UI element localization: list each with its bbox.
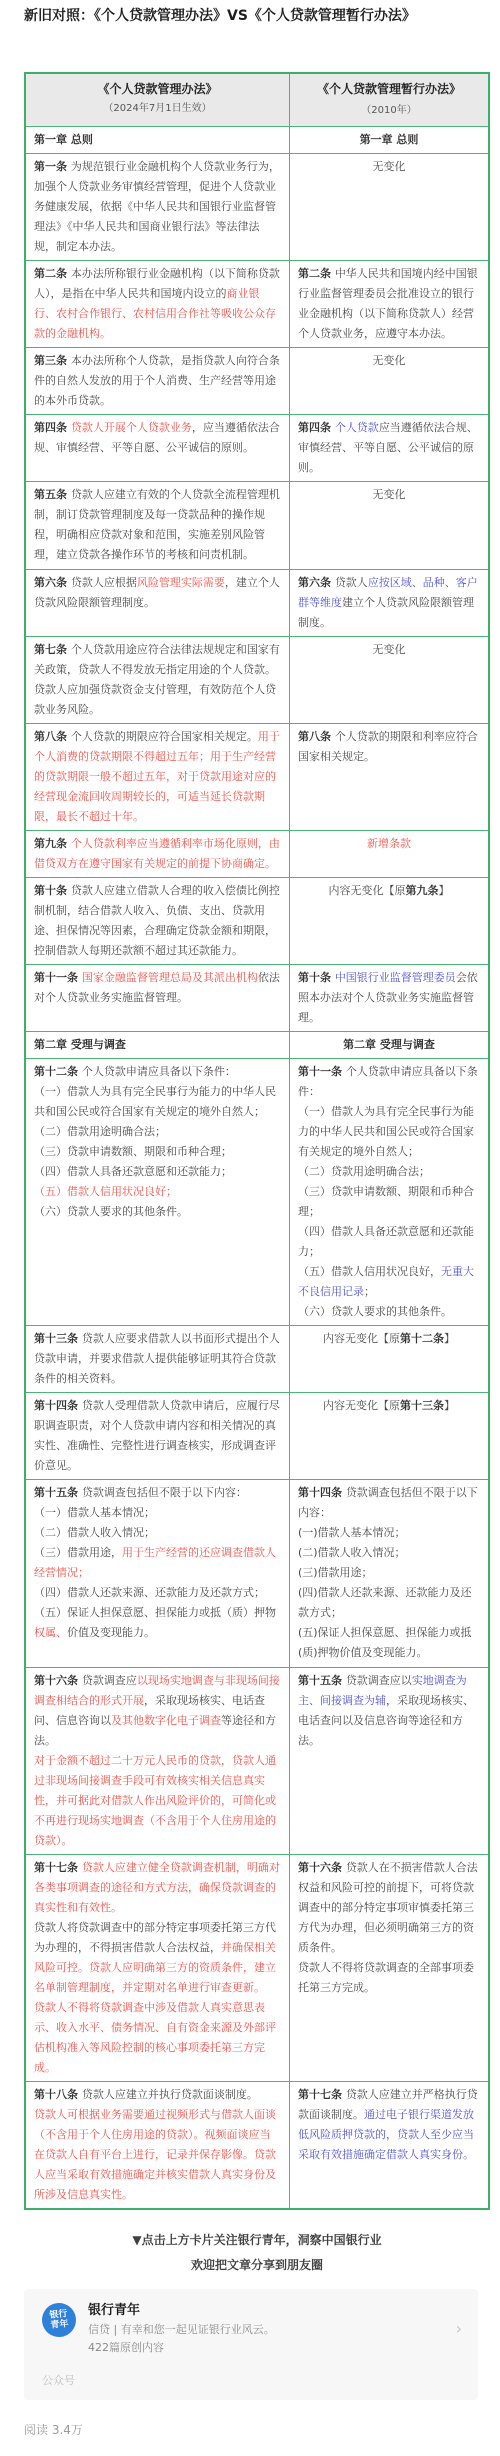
- old-law-cell: 无变化: [289, 154, 489, 261]
- new-law-cell: 第七条 个人贷款用途应符合法律法规规定和国家有关政策，贷款人不得发放无指定用途的…: [25, 637, 289, 724]
- new-law-cell: 第九条 个人贷款利率应当遵循利率市场化原则，由借贷双方在遵守国家有关规定的前提下…: [25, 831, 289, 878]
- article-row: 第十六条 贷款调查应以现场实地调查与非现场间接调查相结合的形式开展，采取现场核实…: [25, 1668, 489, 1855]
- paragraph: （二）借款人收入情况；: [34, 1523, 281, 1543]
- paragraph: （一）借款人为具有完全民事行为能力的中华人民共和国公民或符合国家有关规定的境外自…: [298, 1102, 480, 1162]
- paragraph: 内容无变化【原第九条】: [298, 881, 480, 901]
- article-row: 第六条 贷款人应根据风险管理实际需要，建立个人贷款风险限额管理制度。第六条 贷款…: [25, 570, 489, 637]
- new-law-cell: 第十二条 个人贷款申请应具备以下条件：（一）借款人为具有完全民事行为能力的中华人…: [25, 1059, 289, 1326]
- article-row: 第七条 个人贷款用途应符合法律法规规定和国家有关政策，贷款人不得发放无指定用途的…: [25, 637, 489, 724]
- new-law-cell: 第十四条 贷款人受理借款人贷款申请后，应履行尽职调查职责，对个人贷款申请内容和相…: [25, 1393, 289, 1480]
- paragraph: 无变化: [298, 157, 480, 177]
- paragraph: 第十五条 贷款调查包括但不限于以下内容：: [34, 1483, 281, 1503]
- paragraph: (二)借款人收入情况；: [298, 1543, 480, 1563]
- paragraph: （六）贷款人要求的其他条件。: [298, 1302, 480, 1322]
- article-row: 第九条 个人贷款利率应当遵循利率市场化原则，由借贷双方在遵守国家有关规定的前提下…: [25, 831, 489, 878]
- read-count: 阅读 3.4万: [24, 2421, 490, 2438]
- paragraph: 第九条 个人贷款利率应当遵循利率市场化原则，由借贷双方在遵守国家有关规定的前提下…: [34, 834, 281, 874]
- paragraph: 第二条 中华人民共和国境内经中国银行业监督管理委员会批准设立的银行业金融机构（以…: [298, 264, 480, 344]
- paragraph: （一）借款人基本情况；: [34, 1503, 281, 1523]
- new-law-cell: 第十八条 贷款人应建立并执行贷款面谈制度。贷款人可根据业务需要通过视频形式与借款…: [25, 2082, 289, 2210]
- paragraph: （三）贷款申请数额、期限和币种合理；: [34, 1142, 281, 1162]
- article-body: 新旧对照：《个人贷款管理办法》VS《个人贷款管理暂行办法》 《个人贷款管理办法》…: [0, 0, 500, 2456]
- paragraph: 第十三条 贷款人应要求借款人以书面形式提出个人贷款申请，并要求借款人提供能够证明…: [34, 1329, 281, 1389]
- new-law-cell: 第六条 贷款人应根据风险管理实际需要，建立个人贷款风险限额管理制度。: [25, 570, 289, 637]
- new-law-cell: 第四条 贷款人开展个人贷款业务，应当遵循依法合规、审慎经营、平等自愿、公平诚信的…: [25, 415, 289, 482]
- chapter-cell-new-law: 第一章 总则: [25, 127, 289, 154]
- paragraph: 第十七条 贷款人应建立健全贷款调查机制，明确对各类事项调查的途径和方式方法，确保…: [34, 1858, 281, 1918]
- paragraph: 第二条 本办法所称银行业金融机构（以下简称贷款人），是指在中华人民共和国境内设立…: [34, 264, 281, 344]
- official-account-card[interactable]: 银行 青年 银行青年 信贷 | 有幸和您一起见证银行业风云。 422篇原创内容 …: [24, 2289, 478, 2400]
- article-row: 第十八条 贷款人应建立并执行贷款面谈制度。贷款人可根据业务需要通过视频形式与借款…: [25, 2082, 489, 2210]
- paragraph: （二）借款用途明确合法；: [34, 1122, 281, 1142]
- chapter-row: 第一章 总则第一章 总则: [25, 127, 489, 154]
- paragraph: 第十八条 贷款人应建立并执行贷款面谈制度。: [34, 2085, 281, 2105]
- old-law-cell: 内容无变化【原第九条】: [289, 878, 489, 965]
- header-cell-new-law: 《个人贷款管理办法》 （2024年7月1日生效）: [25, 73, 289, 127]
- avatar-text-line2: 青年: [50, 2319, 69, 2331]
- old-law-title: 《个人贷款管理暂行办法》: [317, 82, 461, 96]
- old-law-cell: 内容无变化【原第十二条】: [289, 1326, 489, 1393]
- header-cell-old-law: 《个人贷款管理暂行办法》（2010年）: [289, 73, 489, 127]
- old-law-year: （2010年）: [361, 105, 416, 116]
- paragraph: （六）贷款人要求的其他条件。: [34, 1202, 281, 1222]
- paragraph: 内容无变化【原第十三条】: [298, 1396, 480, 1416]
- paragraph: (四)借款人还款来源、还款能力及还款方式；: [298, 1583, 480, 1623]
- paragraph: 无变化: [298, 640, 480, 660]
- paragraph: 第四条 个人贷款应当遵循依法合规、审慎经营、平等自愿、公平诚信的原则。: [298, 418, 480, 478]
- paragraph: 无变化: [298, 351, 480, 371]
- old-law-cell: 无变化: [289, 482, 489, 570]
- paragraph: 贷款人将贷款调查中的部分特定事项委托第三方代为办理的，不得损害借款人合法权益，并…: [34, 1918, 281, 1998]
- paragraph: （一）借款人为具有完全民事行为能力的中华人民共和国公民或符合国家有关规定的境外自…: [34, 1082, 281, 1122]
- article-row: 第八条 个人贷款的期限应符合国家相关规定。用于个人消费的贷款期限不得超过五年；用…: [25, 724, 489, 831]
- paragraph: 第十六条 贷款调查应以现场实地调查与非现场间接调查相结合的形式开展，采取现场核实…: [34, 1671, 281, 1751]
- old-law-cell: 无变化: [289, 348, 489, 415]
- new-law-title: 《个人贷款管理办法》: [30, 79, 285, 99]
- paragraph: （五）借款人信用状况良好；: [34, 1182, 281, 1202]
- old-law-cell: 第二条 中华人民共和国境内经中国银行业监督管理委员会批准设立的银行业金融机构（以…: [289, 261, 489, 348]
- chapter-row: 第二章 受理与调查第二章 受理与调查: [25, 1032, 489, 1059]
- article-row: 第五条 贷款人应建立有效的个人贷款全流程管理机制，制订贷款管理制度及每一贷款品种…: [25, 482, 489, 570]
- paragraph: （二）贷款用途明确合法；: [298, 1162, 480, 1182]
- old-law-cell: 无变化: [289, 637, 489, 724]
- article-row: 第四条 贷款人开展个人贷款业务，应当遵循依法合规、审慎经营、平等自愿、公平诚信的…: [25, 415, 489, 482]
- paragraph: 对于金额不超过二十万元人民币的贷款，贷款人通过非现场间接调查手段可有效核实相关信…: [34, 1751, 281, 1851]
- paragraph: (五)保证人担保意愿、担保能力或抵(质)押物价值及变现能力。: [298, 1623, 480, 1663]
- paragraph: 第十二条 个人贷款申请应具备以下条件：: [34, 1062, 281, 1082]
- paragraph: 第三条 本办法所称个人贷款，是指贷款人向符合条件的自然人发放的用于个人消费、生产…: [34, 351, 281, 411]
- new-law-cell: 第八条 个人贷款的期限应符合国家相关规定。用于个人消费的贷款期限不得超过五年；用…: [25, 724, 289, 831]
- paragraph: （三）借款用途，用于生产经营的还应调查借款人经营情况；: [34, 1543, 281, 1583]
- paragraph: （四）借款人还款来源、还款能力及还款方式；: [34, 1583, 281, 1603]
- paragraph: 新增条款: [298, 834, 480, 854]
- old-law-cell: 第六条 贷款人应按区域、品种、客户群等维度建立个人贷款风险限额管理制度。: [289, 570, 489, 637]
- new-law-cell: 第十五条 贷款调查包括但不限于以下内容：（一）借款人基本情况；（二）借款人收入情…: [25, 1480, 289, 1668]
- paragraph: 贷款人应加强贷款资金支付管理，有效防范个人贷款业务风险。: [34, 680, 281, 720]
- paragraph: 无变化: [298, 485, 480, 505]
- article-row: 第十二条 个人贷款申请应具备以下条件：（一）借款人为具有完全民事行为能力的中华人…: [25, 1059, 489, 1326]
- paragraph: (三)借款用途；: [298, 1563, 480, 1583]
- account-card-main: 银行 青年 银行青年 信贷 | 有幸和您一起见证银行业风云。 422篇原创内容 …: [42, 2303, 464, 2355]
- old-law-cell: 内容无变化【原第十三条】: [289, 1393, 489, 1480]
- account-description: 信贷 | 有幸和您一起见证银行业风云。: [88, 2323, 454, 2337]
- old-law-cell: 第八条 个人贷款的期限和利率应符合国家相关规定。: [289, 724, 489, 831]
- table-header-row: 《个人贷款管理办法》 （2024年7月1日生效） 《个人贷款管理暂行办法》（20…: [25, 73, 489, 127]
- article-row: 第十一条 国家金融监督管理总局及其派出机构依法对个人贷款业务实施监督管理。第十条…: [25, 965, 489, 1032]
- paragraph: 第六条 贷款人应按区域、品种、客户群等维度建立个人贷款风险限额管理制度。: [298, 573, 480, 633]
- account-info: 银行青年 信贷 | 有幸和您一起见证银行业风云。 422篇原创内容: [88, 2303, 454, 2355]
- comparison-table: 《个人贷款管理办法》 （2024年7月1日生效） 《个人贷款管理暂行办法》（20…: [24, 72, 490, 2210]
- share-prompt: 欢迎把文章分享到朋友圈: [24, 2257, 490, 2274]
- account-name: 银行青年: [88, 2303, 454, 2319]
- new-law-cell: 第三条 本办法所称个人贷款，是指贷款人向符合条件的自然人发放的用于个人消费、生产…: [25, 348, 289, 415]
- old-law-cell: 第十七条 贷款人应建立并严格执行贷款面谈制度。通过电子银行渠道发放低风险质押贷款…: [289, 2082, 489, 2210]
- paragraph: 第十条 中国银行业监督管理委员会依照本办法对个人贷款业务实施监督管理。: [298, 968, 480, 1028]
- new-law-cell: 第十一条 国家金融监督管理总局及其派出机构依法对个人贷款业务实施监督管理。: [25, 965, 289, 1032]
- paragraph: 第十条 贷款人应建立借款人合理的收入偿债比例控制机制，结合借款人收入、负债、支出…: [34, 881, 281, 961]
- new-law-cell: 第一条 为规范银行业金融机构个人贷款业务行为，加强个人贷款业务审慎经营管理，促进…: [25, 154, 289, 261]
- paragraph: (一)借款人基本情况；: [298, 1523, 480, 1543]
- old-law-cell: 第四条 个人贷款应当遵循依法合规、审慎经营、平等自愿、公平诚信的原则。: [289, 415, 489, 482]
- article-row: 第二条 本办法所称银行业金融机构（以下简称贷款人），是指在中华人民共和国境内设立…: [25, 261, 489, 348]
- paragraph: 第十四条 贷款人受理借款人贷款申请后，应履行尽职调查职责，对个人贷款申请内容和相…: [34, 1396, 281, 1476]
- new-law-cell: 第十条 贷款人应建立借款人合理的收入偿债比例控制机制，结合借款人收入、负债、支出…: [25, 878, 289, 965]
- article-row: 第一条 为规范银行业金融机构个人贷款业务行为，加强个人贷款业务审慎经营管理，促进…: [25, 154, 489, 261]
- new-law-effective-date: （2024年7月1日生效）: [30, 99, 285, 119]
- account-original-count: 422篇原创内容: [88, 2341, 454, 2355]
- paragraph: 内容无变化【原第十二条】: [298, 1329, 480, 1349]
- paragraph: 第十一条 个人贷款申请应具备以下条件：: [298, 1062, 480, 1102]
- old-law-cell: 第十五条 贷款调查应以实地调查为主、间接调查为辅，采取现场核实、电话查问以及信息…: [289, 1668, 489, 1855]
- chevron-right-icon[interactable]: ›: [454, 2321, 464, 2337]
- paragraph: 贷款人不得将贷款调查的全部事项委托第三方完成。: [298, 1958, 480, 1998]
- new-law-cell: 第十七条 贷款人应建立健全贷款调查机制，明确对各类事项调查的途径和方式方法，确保…: [25, 1855, 289, 2082]
- paragraph: （五）借款人信用状况良好，无重大不良信用记录；: [298, 1262, 480, 1302]
- paragraph: 第十四条 贷款调查包括但不限于以下内容：: [298, 1483, 480, 1523]
- paragraph: 第八条 个人贷款的期限应符合国家相关规定。用于个人消费的贷款期限不得超过五年；用…: [34, 727, 281, 827]
- new-law-cell: 第十六条 贷款调查应以现场实地调查与非现场间接调查相结合的形式开展，采取现场核实…: [25, 1668, 289, 1855]
- paragraph: 第五条 贷款人应建立有效的个人贷款全流程管理机制，制订贷款管理制度及每一贷款品种…: [34, 485, 281, 565]
- new-law-cell: 第二条 本办法所称银行业金融机构（以下简称贷款人），是指在中华人民共和国境内设立…: [25, 261, 289, 348]
- article-row: 第十五条 贷款调查包括但不限于以下内容：（一）借款人基本情况；（二）借款人收入情…: [25, 1480, 489, 1668]
- old-law-cell: 第十六条 贷款人在不损害借款人合法权益和风险可控的前提下，可将贷款调查中的部分特…: [289, 1855, 489, 2082]
- old-law-cell: 第十一条 个人贷款申请应具备以下条件：（一）借款人为具有完全民事行为能力的中华人…: [289, 1059, 489, 1326]
- old-law-cell: 第十四条 贷款调查包括但不限于以下内容：(一)借款人基本情况；(二)借款人收入情…: [289, 1480, 489, 1668]
- article-row: 第三条 本办法所称个人贷款，是指贷款人向符合条件的自然人发放的用于个人消费、生产…: [25, 348, 489, 415]
- article-row: 第十三条 贷款人应要求借款人以书面形式提出个人贷款申请，并要求借款人提供能够证明…: [25, 1326, 489, 1393]
- chapter-cell-new-law: 第二章 受理与调查: [25, 1032, 289, 1059]
- new-law-cell: 第五条 贷款人应建立有效的个人贷款全流程管理机制，制订贷款管理制度及每一贷款品种…: [25, 482, 289, 570]
- page-title: 新旧对照：《个人贷款管理办法》VS《个人贷款管理暂行办法》: [24, 7, 490, 26]
- account-type-label: 公众号: [42, 2372, 464, 2388]
- chapter-cell-old-law: 第一章 总则: [289, 127, 489, 154]
- paragraph: 第一条 为规范银行业金融机构个人贷款业务行为，加强个人贷款业务审慎经营管理，促进…: [34, 157, 281, 257]
- paragraph: 第十七条 贷款人应建立并严格执行贷款面谈制度。通过电子银行渠道发放低风险质押贷款…: [298, 2085, 480, 2165]
- account-avatar: 银行 青年: [40, 2301, 77, 2338]
- chapter-cell-old-law: 第二章 受理与调查: [289, 1032, 489, 1059]
- paragraph: 贷款人不得将贷款调查中涉及借款人真实意思表示、收入水平、债务情况、自有资金来源及…: [34, 1998, 281, 2078]
- old-law-cell: 第十条 中国银行业监督管理委员会依照本办法对个人贷款业务实施监督管理。: [289, 965, 489, 1032]
- paragraph: 第六条 贷款人应根据风险管理实际需要，建立个人贷款风险限额管理制度。: [34, 573, 281, 613]
- paragraph: （三）贷款申请数额、期限和币种合理；: [298, 1182, 480, 1222]
- article-row: 第十四条 贷款人受理借款人贷款申请后，应履行尽职调查职责，对个人贷款申请内容和相…: [25, 1393, 489, 1480]
- paragraph: 第七条 个人贷款用途应符合法律法规规定和国家有关政策，贷款人不得发放无指定用途的…: [34, 640, 281, 680]
- article-row: 第十七条 贷款人应建立健全贷款调查机制，明确对各类事项调查的途径和方式方法，确保…: [25, 1855, 489, 2082]
- paragraph: 第十一条 国家金融监督管理总局及其派出机构依法对个人贷款业务实施监督管理。: [34, 968, 281, 1008]
- paragraph: （五）保证人担保意愿、担保能力或抵（质）押物权属、价值及变现能力。: [34, 1603, 281, 1643]
- paragraph: （四）借款人具备还款意愿和还款能力；: [34, 1162, 281, 1182]
- new-law-cell: 第十三条 贷款人应要求借款人以书面形式提出个人贷款申请，并要求借款人提供能够证明…: [25, 1326, 289, 1393]
- follow-prompt: ▼点击上方卡片关注银行青年，洞察中国银行业: [24, 2232, 490, 2249]
- paragraph: 第四条 贷款人开展个人贷款业务，应当遵循依法合规、审慎经营、平等自愿、公平诚信的…: [34, 418, 281, 458]
- paragraph: （四）借款人具备还款意愿和还款能力；: [298, 1222, 480, 1262]
- paragraph: 第十五条 贷款调查应以实地调查为主、间接调查为辅，采取现场核实、电话查问以及信息…: [298, 1671, 480, 1751]
- paragraph: 第八条 个人贷款的期限和利率应符合国家相关规定。: [298, 727, 480, 767]
- paragraph: 第十六条 贷款人在不损害借款人合法权益和风险可控的前提下，可将贷款调查中的部分特…: [298, 1858, 480, 1958]
- old-law-cell: 新增条款: [289, 831, 489, 878]
- article-row: 第十条 贷款人应建立借款人合理的收入偿债比例控制机制，结合借款人收入、负债、支出…: [25, 878, 489, 965]
- paragraph: 贷款人可根据业务需要通过视频形式与借款人面谈（不含用于个人住房用途的贷款）。视频…: [34, 2105, 281, 2205]
